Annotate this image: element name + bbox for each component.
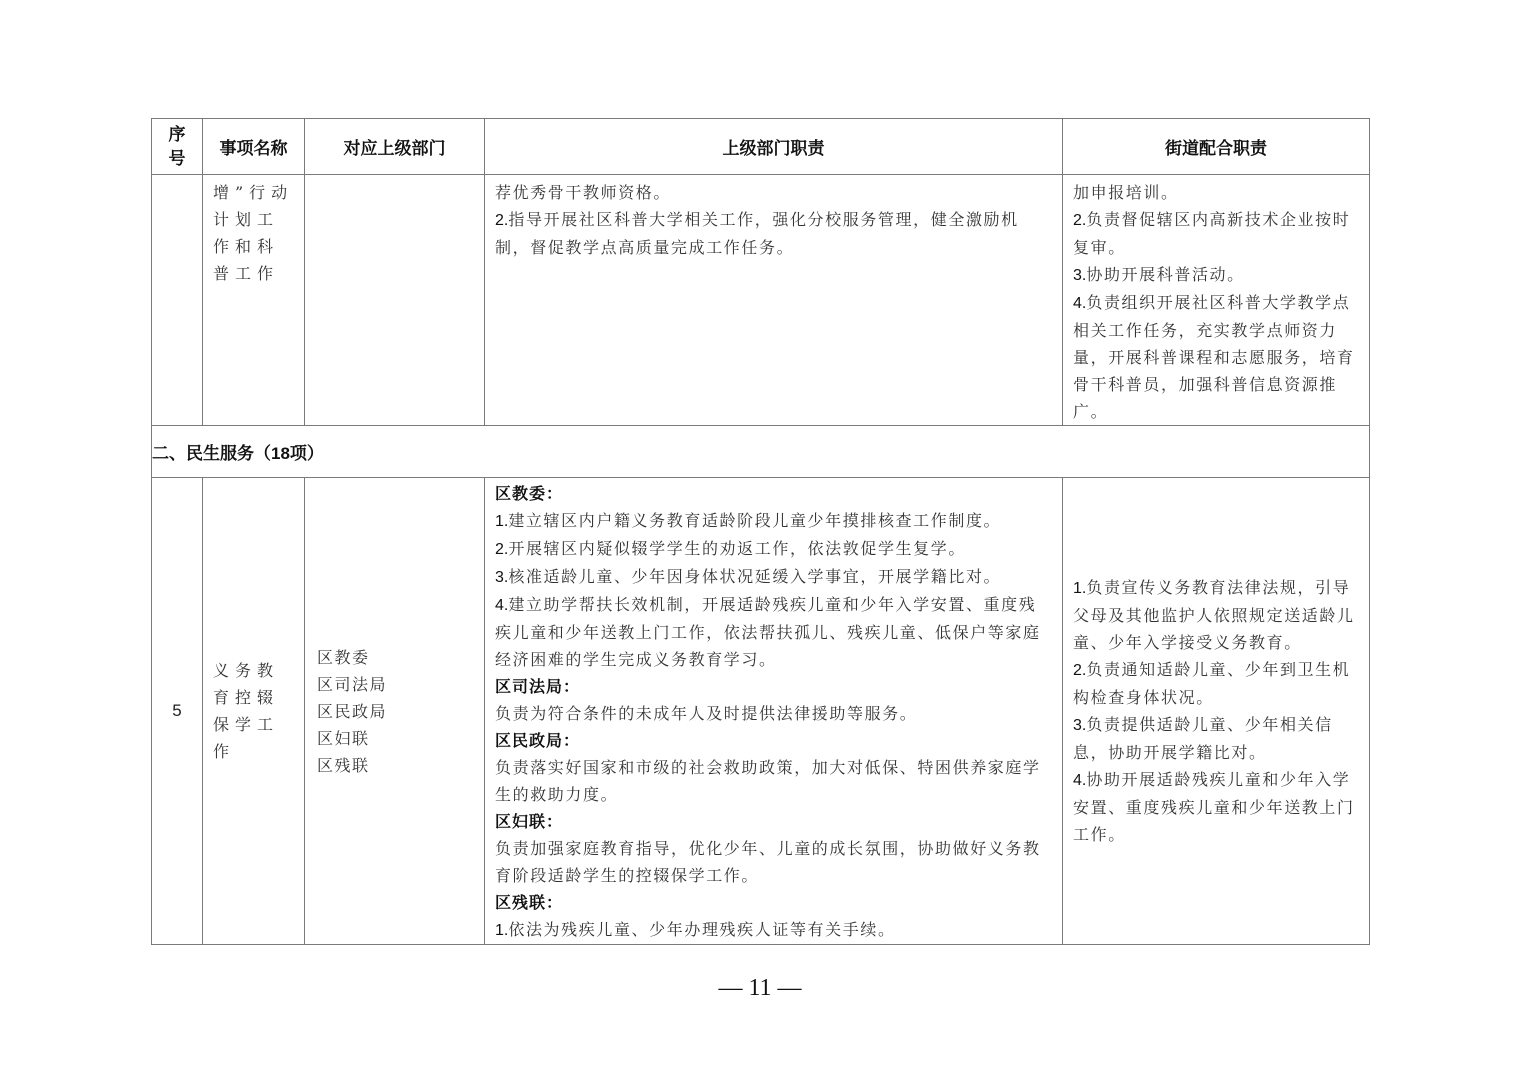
duty-item: 2.开展辖区内疑似辍学学生的劝返工作，依法敦促学生复学。 xyxy=(495,535,1052,563)
duty-text: 负责加强家庭教育指导，优化少年、儿童的成长氛围，协助做好义务教育阶段适龄学生的控… xyxy=(495,835,1052,889)
duty-item: 1.建立辖区内户籍义务教育适龄阶段儿童少年摸排核查工作制度。 xyxy=(495,507,1052,535)
cell-upper-dept xyxy=(305,175,485,426)
dept-label-canlian: 区残联： xyxy=(495,889,1052,916)
cell-upper-depts: 区教委 区司法局 区民政局 区妇联 区残联 xyxy=(305,478,485,945)
dept-label-sifa: 区司法局： xyxy=(495,673,1052,700)
responsibility-table: 序号 事项名称 对应上级部门 上级部门职责 街道配合职责 增”行动计划工作和科普… xyxy=(151,118,1370,945)
dept-item: 区妇联 xyxy=(317,725,474,752)
duty-text: 荐优秀骨干教师资格。 xyxy=(495,179,1052,206)
duty-item: 3.负责提供适龄儿童、少年相关信息，协助开展学籍比对。 xyxy=(1073,711,1359,766)
header-upper-duty: 上级部门职责 xyxy=(485,119,1063,175)
cell-upper-duty: 区教委： 1.建立辖区内户籍义务教育适龄阶段儿童少年摸排核查工作制度。 2.开展… xyxy=(485,478,1063,945)
duty-text: 负责为符合条件的未成年人及时提供法律援助等服务。 xyxy=(495,700,1052,727)
dept-item: 区残联 xyxy=(317,752,474,779)
document-page: 序号 事项名称 对应上级部门 上级部门职责 街道配合职责 增”行动计划工作和科普… xyxy=(0,0,1520,1074)
cell-item-name: 增”行动计划工作和科普工作 xyxy=(203,175,305,426)
table-header-row: 序号 事项名称 对应上级部门 上级部门职责 街道配合职责 xyxy=(152,119,1370,175)
header-seq: 序号 xyxy=(152,119,203,175)
table-row-continued: 增”行动计划工作和科普工作 荐优秀骨干教师资格。 2.指导开展社区科普大学相关工… xyxy=(152,175,1370,426)
cell-upper-duty: 荐优秀骨干教师资格。 2.指导开展社区科普大学相关工作，强化分校服务管理，健全激… xyxy=(485,175,1063,426)
section-title: 二、民生服务（18项） xyxy=(152,426,1370,478)
cell-seq xyxy=(152,175,203,426)
duty-text: 负责落实好国家和市级的社会救助政策，加大对低保、特困供养家庭学生的救助力度。 xyxy=(495,754,1052,808)
header-item-name: 事项名称 xyxy=(203,119,305,175)
duty-item: 4.负责组织开展社区科普大学教学点相关工作任务，充实教学点师资力量，开展科普课程… xyxy=(1073,289,1359,425)
cell-item-name: 义务教育控辍保学工作 xyxy=(203,478,305,945)
dept-label-minzheng: 区民政局： xyxy=(495,727,1052,754)
duty-item: 2.负责督促辖区内高新技术企业按时复审。 xyxy=(1073,206,1359,261)
dept-item: 区司法局 xyxy=(317,671,474,698)
cell-street-duty: 1.负责宣传义务教育法律法规，引导父母及其他监护人依照规定送适龄儿童、少年入学接… xyxy=(1063,478,1370,945)
section-row: 二、民生服务（18项） xyxy=(152,426,1370,478)
duty-item: 3.核准适龄儿童、少年因身体状况延缓入学事宜，开展学籍比对。 xyxy=(495,563,1052,591)
duty-item: 2.负责通知适龄儿童、少年到卫生机构检查身体状况。 xyxy=(1073,656,1359,711)
dept-label-jiaowei: 区教委： xyxy=(495,480,1052,507)
cell-street-duty: 加申报培训。 2.负责督促辖区内高新技术企业按时复审。 3.协助开展科普活动。 … xyxy=(1063,175,1370,426)
duty-item: 3.协助开展科普活动。 xyxy=(1073,261,1359,289)
table-row-5: 5 义务教育控辍保学工作 区教委 区司法局 区民政局 区妇联 区残联 区教委： xyxy=(152,478,1370,945)
cell-seq: 5 xyxy=(152,478,203,945)
dept-item: 区教委 xyxy=(317,644,474,671)
duty-item: 4.协助开展适龄残疾儿童和少年入学安置、重度残疾儿童和少年送教上门工作。 xyxy=(1073,766,1359,848)
page-number: — 11 — xyxy=(0,975,1520,1002)
header-upper-dept: 对应上级部门 xyxy=(305,119,485,175)
duty-item: 1.负责宣传义务教育法律法规，引导父母及其他监护人依照规定送适龄儿童、少年入学接… xyxy=(1073,574,1359,656)
duty-item: 4.建立助学帮扶长效机制，开展适龄残疾儿童和少年入学安置、重度残疾儿童和少年送教… xyxy=(495,591,1052,673)
dept-label-fulian: 区妇联： xyxy=(495,808,1052,835)
header-street-duty: 街道配合职责 xyxy=(1063,119,1370,175)
duty-item: 加申报培训。 xyxy=(1073,179,1359,206)
dept-item: 区民政局 xyxy=(317,698,474,725)
duty-item: 2.指导开展社区科普大学相关工作，强化分校服务管理，健全激励机制，督促教学点高质… xyxy=(495,206,1052,261)
duty-item: 1.依法为残疾儿童、少年办理残疾人证等有关手续。 xyxy=(495,916,1052,944)
